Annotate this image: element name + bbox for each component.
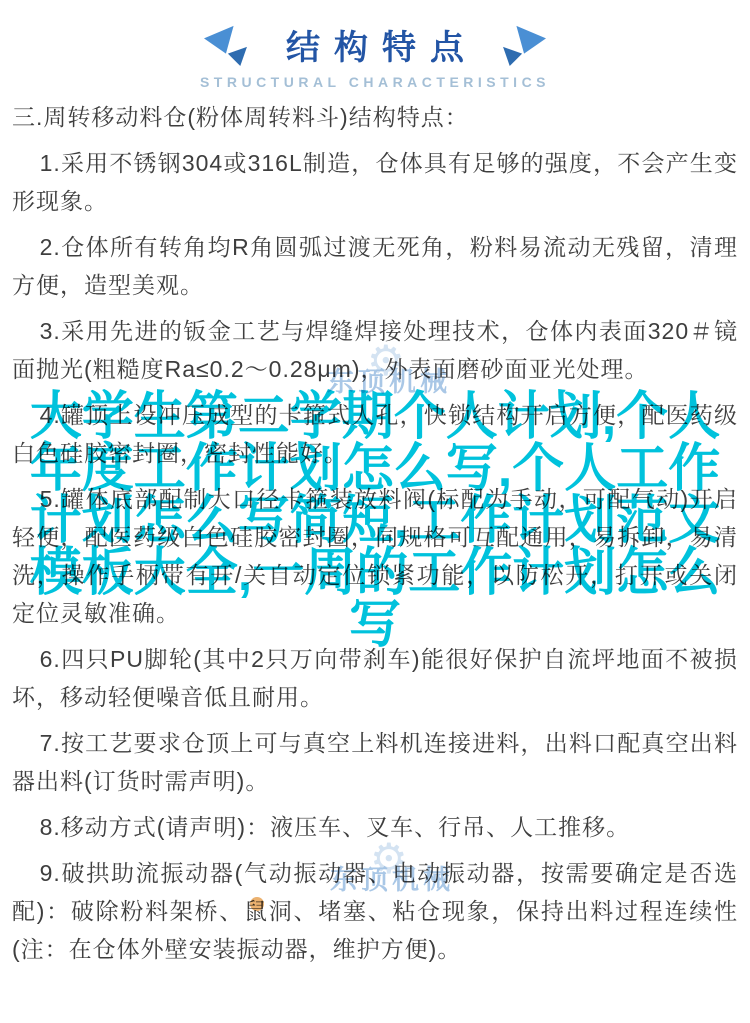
feature-item: 2.仓体所有转角均R角圆弧过渡无死角，粉料易流动无残留，清理方便，造型美观。 [12,228,738,304]
double-triangle-right-icon [502,24,548,66]
feature-item: 7.按工艺要求仓顶上可与真空上料机连接进料，出料口配真空出料器出料(订货时需声明… [12,724,738,800]
feature-item: 6.四只PU脚轮(其中2只万向带刹车)能很好保护自流坪地面不被损坏，移动轻便噪音… [12,640,738,716]
feature-item: 3.采用先进的钣金工艺与焊缝焊接处理技术，仓体内表面320＃镜面抛光(粗糙度Ra… [12,312,738,388]
double-triangle-left-icon [202,24,248,66]
page-title: 结构特点 [272,20,478,69]
feature-list: 1.采用不锈钢304或316L制造，仓体具有足够的强度，不会产生变形现象。2.仓… [12,144,738,968]
section-heading: 三.周转移动料仓(粉体周转料斗)结构特点： [12,98,738,136]
feature-item: 4.罐顶上设冲压成型的卡箍式人孔，快锁结构开启方便，配医药级白色硅胶密封圈，密封… [12,396,738,472]
page-header: 结构特点 STRUCTURAL CHARACTERISTICS [0,0,750,90]
feature-item: 9.破拱助流振动器(气动振动器、电动振动器，按需要确定是否选配)：破除粉料架桥、… [12,854,738,968]
feature-item: 5.罐体底部配制大口径卡箍装放料阀(标配为手动，可配气动)开启轻便，配医药级白色… [12,480,738,632]
page-subtitle: STRUCTURAL CHARACTERISTICS [0,74,750,90]
feature-item: 1.采用不锈钢304或316L制造，仓体具有足够的强度，不会产生变形现象。 [12,144,738,220]
title-row: 结构特点 [0,20,750,69]
document-body: 三.周转移动料仓(粉体周转料斗)结构特点： 1.采用不锈钢304或316L制造，… [12,98,738,976]
feature-item: 8.移动方式(请声明)：液压车、叉车、行吊、人工推移。 [12,808,738,846]
